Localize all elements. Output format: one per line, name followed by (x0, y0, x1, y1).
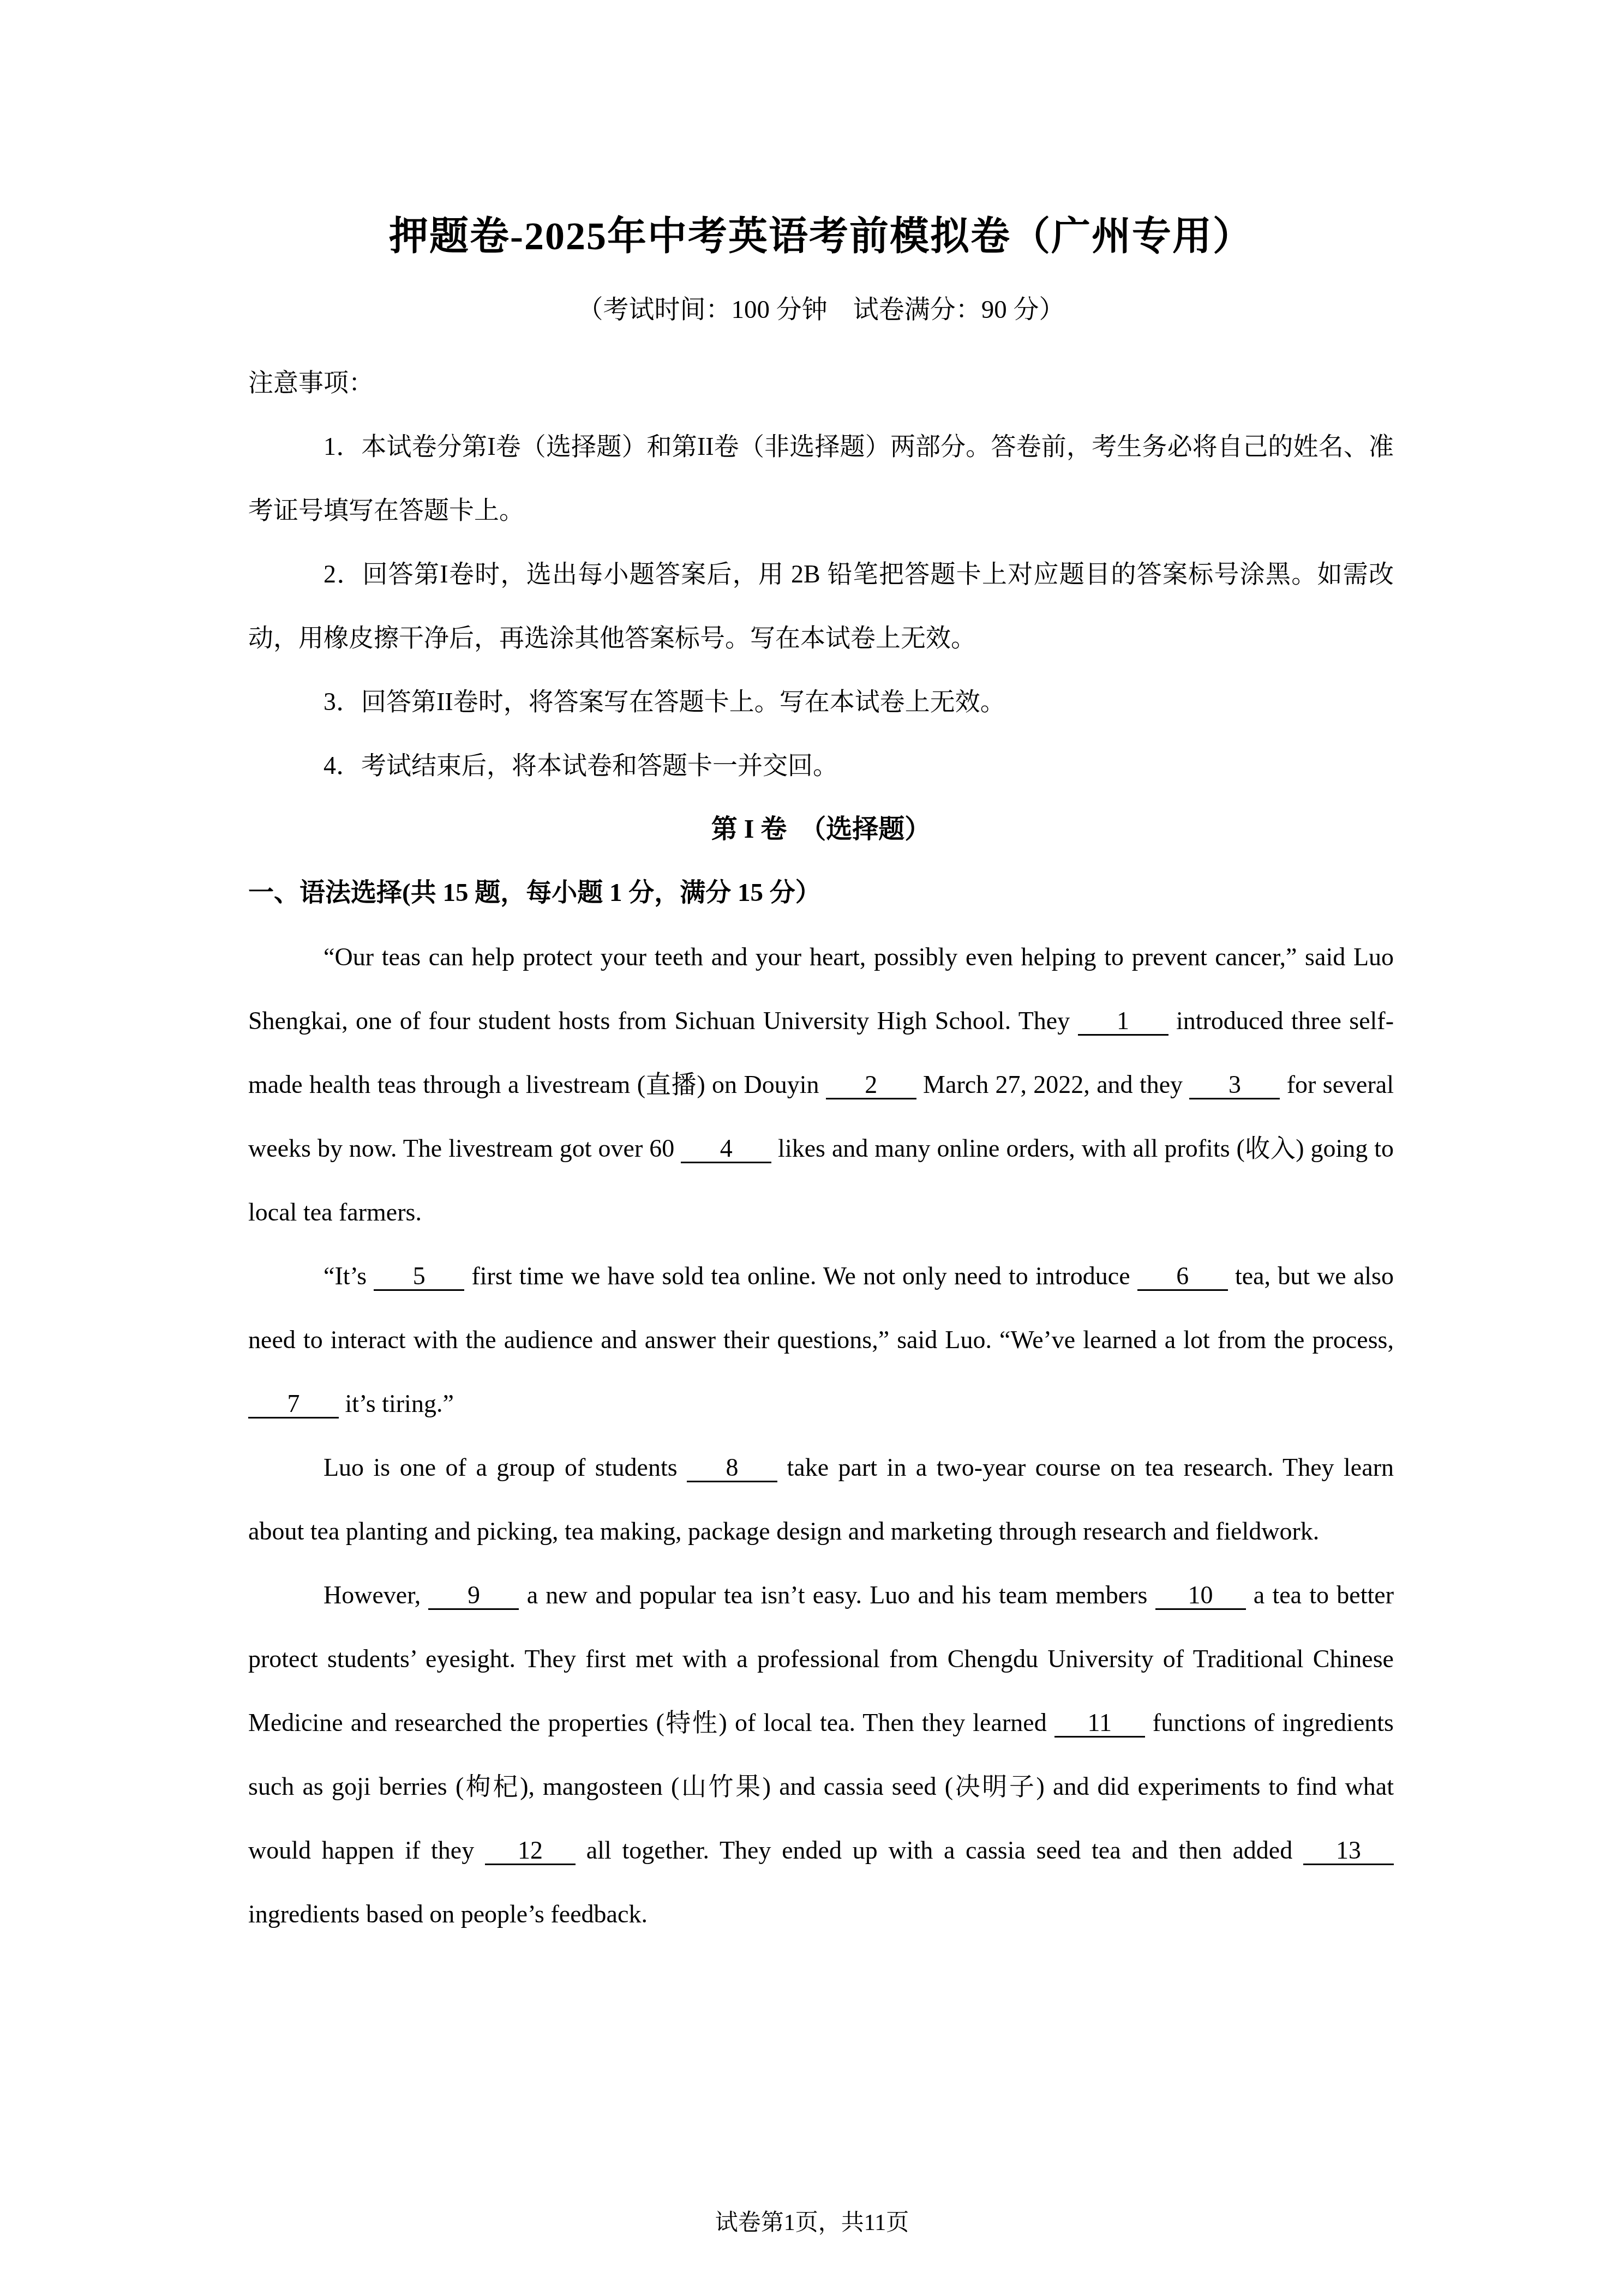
section-heading: 一、语法选择(共 15 题，每小题 1 分，满分 15 分） (248, 861, 1394, 925)
cloze-blank-7: 7 (248, 1391, 339, 1419)
notice-item-4: 4．考试结束后，将本试卷和答题卡一并交回。 (248, 734, 1394, 797)
cloze-blank-12: 12 (485, 1837, 576, 1865)
notice-item-2: 2．回答第I卷时，选出每小题答案后，用 2B 铅笔把答题卡上对应题目的答案标号涂… (248, 542, 1394, 670)
page-footer: 试卷第1页，共11页 (0, 2208, 1624, 2238)
cloze-blank-8: 8 (687, 1454, 777, 1482)
cloze-blank-3: 3 (1189, 1072, 1280, 1099)
exam-paper-page: { "doc": { "title": "押题卷-2025年中考英语考前模拟卷（… (0, 0, 1624, 2296)
cloze-blank-6: 6 (1137, 1263, 1228, 1291)
cloze-blank-2: 2 (826, 1072, 916, 1099)
passage-paragraph: “It’s 5 first time we have sold tea onli… (248, 1244, 1394, 1435)
cloze-blank-1: 1 (1078, 1008, 1168, 1036)
notice-heading: 注意事项： (248, 351, 1394, 414)
cloze-blank-10: 10 (1155, 1582, 1246, 1610)
cloze-blank-9: 9 (428, 1582, 519, 1610)
cloze-blank-11: 11 (1054, 1710, 1145, 1738)
cloze-blank-5: 5 (374, 1263, 464, 1291)
passage-paragraph: Luo is one of a group of students 8 take… (248, 1435, 1394, 1563)
document-body: 注意事项： 1．本试卷分第I卷（选择题）和第II卷（非选择题）两部分。答卷前，考… (248, 351, 1394, 1946)
exam-info: （考试时间：100 分钟 试卷满分：90 分） (248, 293, 1394, 327)
passage-paragraph: However, 9 a new and popular tea isn’t e… (248, 1563, 1394, 1946)
passage-paragraph: “Our teas can help protect your teeth an… (248, 925, 1394, 1244)
paper-title: 押题卷-2025年中考英语考前模拟卷（广州专用） (248, 210, 1394, 262)
cloze-blank-4: 4 (681, 1135, 771, 1163)
cloze-blank-13: 13 (1303, 1837, 1394, 1865)
cloze-passage: “Our teas can help protect your teeth an… (248, 925, 1394, 1946)
part-heading: 第 I 卷 （选择题） (248, 797, 1394, 861)
notice-item-1: 1．本试卷分第I卷（选择题）和第II卷（非选择题）两部分。答卷前，考生务必将自己… (248, 414, 1394, 542)
page-content: 押题卷-2025年中考英语考前模拟卷（广州专用） （考试时间：100 分钟 试卷… (248, 0, 1394, 1946)
notice-item-3: 3．回答第II卷时，将答案写在答题卡上。写在本试卷上无效。 (248, 670, 1394, 734)
